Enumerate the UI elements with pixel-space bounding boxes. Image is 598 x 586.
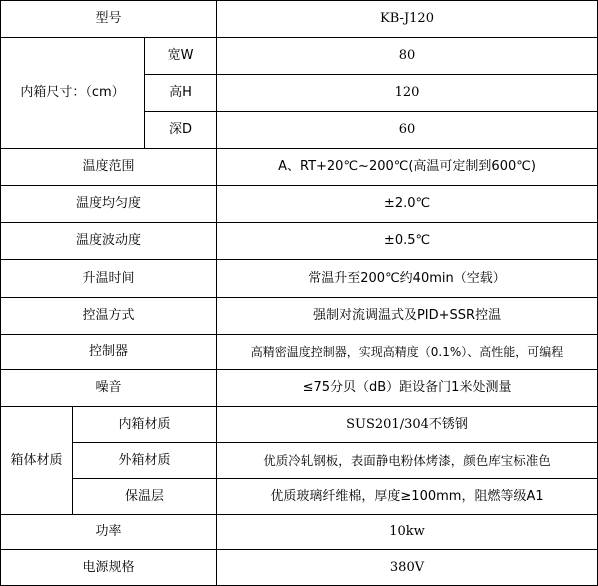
width-value: 80 — [217, 38, 598, 75]
row-temp-fluctuation: 温度波动度 ±0.5℃ — [1, 223, 598, 260]
heat-time-label: 升温时间 — [1, 260, 217, 298]
noise-value: ≤75分贝（dB）距设备门1米处测量 — [217, 370, 598, 407]
depth-value: 60 — [217, 112, 598, 149]
row-temp-range: 温度范围 A、RT+20℃~200℃(高温可定制到600℃) — [1, 149, 598, 186]
heat-time-value: 常温升至200℃约40min（空载） — [217, 260, 598, 298]
temp-range-value: A、RT+20℃~200℃(高温可定制到600℃) — [217, 149, 598, 186]
insulation-label: 保温层 — [73, 479, 217, 515]
row-inner-width: 内箱尺寸：（cm） 宽W 80 — [1, 38, 598, 75]
temp-range-label: 温度范围 — [1, 149, 217, 186]
row-outer-material: 外箱材质 优质冷轧钢板，表面静电粉体烤漆，颜色库宝标准色 — [1, 443, 598, 479]
row-power: 功率 10kw — [1, 515, 598, 550]
width-label: 宽W — [145, 38, 217, 75]
row-temp-control: 控温方式 强制对流调温式及PID+SSR控温 — [1, 298, 598, 335]
row-supply: 电源规格 380V — [1, 550, 598, 586]
temp-fluctuation-value: ±0.5℃ — [217, 223, 598, 260]
inner-size-label: 内箱尺寸：（cm） — [1, 38, 145, 149]
supply-value: 380V — [217, 550, 598, 586]
row-noise: 噪音 ≤75分贝（dB）距设备门1米处测量 — [1, 370, 598, 407]
power-value: 10kw — [217, 515, 598, 550]
inner-material-value: SUS201/304不锈钢 — [217, 407, 598, 443]
controller-value: 高精密温度控制器，实现高精度（0.1%）、高性能，可编程 — [217, 335, 598, 370]
insulation-value: 优质玻璃纤维棉，厚度≥100mm，阻燃等级A1 — [217, 479, 598, 515]
row-inner-material: 箱体材质 内箱材质 SUS201/304不锈钢 — [1, 407, 598, 443]
temp-control-label: 控温方式 — [1, 298, 217, 335]
temp-fluctuation-label: 温度波动度 — [1, 223, 217, 260]
temp-uniformity-label: 温度均匀度 — [1, 186, 217, 223]
row-temp-uniformity: 温度均匀度 ±2.0℃ — [1, 186, 598, 223]
height-label: 高H — [145, 75, 217, 112]
material-label: 箱体材质 — [1, 407, 73, 515]
model-value: KB-J120 — [217, 1, 598, 38]
power-label: 功率 — [1, 515, 217, 550]
noise-label: 噪音 — [1, 370, 217, 407]
height-value: 120 — [217, 75, 598, 112]
inner-material-label: 内箱材质 — [73, 407, 217, 443]
temp-uniformity-value: ±2.0℃ — [217, 186, 598, 223]
row-insulation: 保温层 优质玻璃纤维棉，厚度≥100mm，阻燃等级A1 — [1, 479, 598, 515]
row-model: 型号 KB-J120 — [1, 1, 598, 38]
temp-control-value: 强制对流调温式及PID+SSR控温 — [217, 298, 598, 335]
spec-table: 型号 KB-J120 内箱尺寸：（cm） 宽W 80 高H 120 深D 60 … — [0, 0, 598, 586]
row-heat-time: 升温时间 常温升至200℃约40min（空载） — [1, 260, 598, 298]
row-controller: 控制器 高精密温度控制器，实现高精度（0.1%）、高性能，可编程 — [1, 335, 598, 370]
controller-label: 控制器 — [1, 335, 217, 370]
model-label: 型号 — [1, 1, 217, 38]
supply-label: 电源规格 — [1, 550, 217, 586]
outer-material-value: 优质冷轧钢板，表面静电粉体烤漆，颜色库宝标准色 — [217, 443, 598, 479]
depth-label: 深D — [145, 112, 217, 149]
outer-material-label: 外箱材质 — [73, 443, 217, 479]
